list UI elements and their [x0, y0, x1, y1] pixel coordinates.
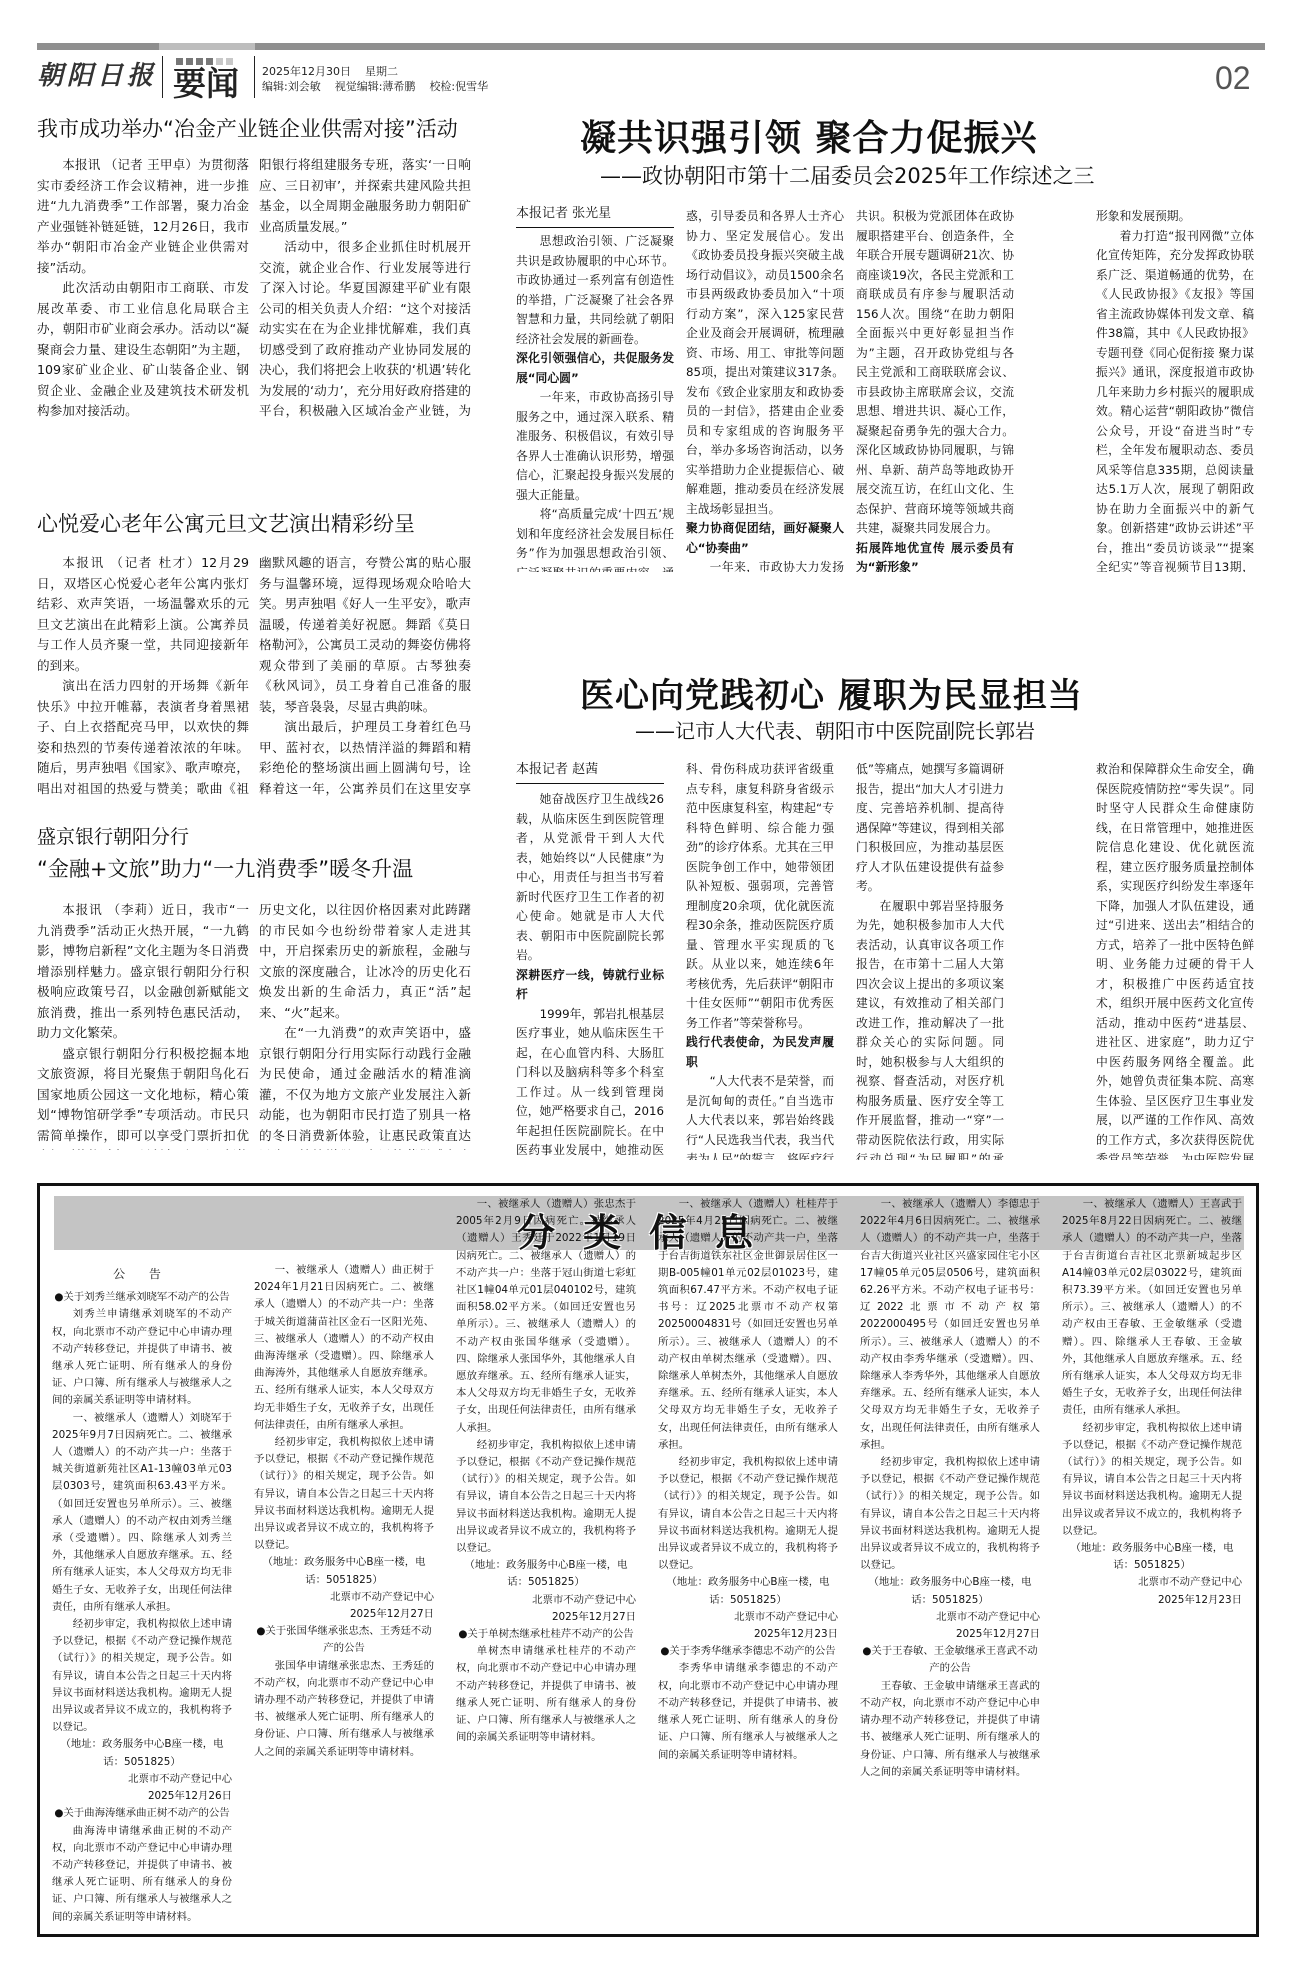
notice-issuer: 北票市不动产登记中心 — [1062, 1574, 1242, 1591]
article-cppcc-col3: 共识。积极为党派团体在政协履职搭建平台、创造条件，全年联合开展专题调研21次、协… — [856, 207, 1014, 572]
paragraph: 形象和发展预期。 — [1096, 207, 1254, 227]
paragraph: 她奋战医疗卫生战线26载，从临床医生到医院管理者，从党派骨干到人大代表，她始终以… — [516, 790, 664, 966]
editor: 编辑:刘会敏 — [262, 80, 321, 93]
paragraph: 本报讯 （李莉）近日，我市“一九消费季”活动正火热开展，“一九鹤影，博物启新程”… — [37, 900, 249, 1044]
classifieds-col3: 一、被继承人（遗赠人）张忠杰于2005年2月9日因病死亡。被继承人（遗赠人）王秀… — [456, 1196, 636, 1927]
header-rule-accent — [159, 43, 255, 50]
paragraph: 惑，引导委员和各界人士齐心协力、坚定发展信心。发出《政协委员投身振兴突破主战场行… — [686, 207, 844, 519]
notice-paragraph: 一、被继承人（遗赠人）李德忠于2022年4月6日因病死亡。二、被继承人（遗赠人）… — [860, 1196, 1040, 1454]
paragraph: 科、骨伤科成功获评省级重点专科，康复科跻身省级示范中医康复科室，构建起“专科特色… — [686, 760, 834, 1033]
notice-heading: 公 告 — [52, 1266, 232, 1283]
article-cppcc-col2: 惑，引导委员和各界人士齐心协力、坚定发展信心。发出《政协委员投身振兴突破主战场行… — [686, 207, 844, 572]
headline-shengjing-line2: “金融+文旅”助力“一九消费季”暖冬升温 — [37, 853, 413, 883]
section-name: 要闻 — [173, 67, 239, 101]
article-metallurgy-col1: 本报讯 （记者 王甲卓）为贯彻落实市委经济工作会议精神，进一步推进“九九消费季”… — [37, 155, 249, 420]
notice-paragraph: 一、被继承人（遗赠人）刘晓军于2025年9月7日因病死亡。二、被继承人（遗赠人）… — [52, 1410, 232, 1616]
notice-paragraph: 一、被继承人（遗赠人）杜桂芹于2025年4月25日因病死亡。二、被继承人（遗赠人… — [658, 1196, 838, 1454]
paragraph: 共识。积极为党派团体在政协履职搭建平台、创造条件，全年联合开展专题调研21次、协… — [856, 207, 1014, 539]
notice-paragraph: 经初步审定，我机构拟依上述申请予以登记，根据《不动产登记操作规范（试行）》的相关… — [456, 1437, 636, 1557]
headline-metallurgy: 我市成功举办“冶金产业链企业供需对接”活动 — [37, 113, 458, 143]
notice-paragraph: 曲海涛申请继承曲正树的不动产权，向北票市不动产登记中心申请办理不动产转移登记，并… — [52, 1823, 232, 1926]
subheading: 践行代表使命，为民发声履职 — [686, 1033, 834, 1072]
issue-meta: 2025年12月30日星期二 编辑:刘会敏视觉编辑:薄希鹏校检:倪雪华 — [262, 64, 502, 94]
notice-issuer: 北票市不动产登记中心 — [860, 1609, 1040, 1626]
notice-paragraph: 王春敏、王金敏申请继承王喜武的不动产权，向北票市不动产登记中心申请办理不动产转移… — [860, 1678, 1040, 1781]
paragraph: 历史文化，以往因价格因素对此踌躇的市民如今也纷纷带着家人走进其中，开启探索历史的… — [259, 900, 471, 1023]
notice-title: ●关于曲海涛继承曲正树不动产的公告 — [52, 1805, 232, 1822]
classifieds-col5: 一、被继承人（遗赠人）李德忠于2022年4月6日因病死亡。二、被继承人（遗赠人）… — [860, 1196, 1040, 1927]
notice-address: （地址：政务服务中心B座一楼，电话：5051825） — [254, 1554, 434, 1588]
issue-weekday: 星期二 — [365, 65, 398, 78]
article-shengjing-col2: 历史文化，以往因价格因素对此踌躇的市民如今也纷纷带着家人走进其中，开启探索历史的… — [259, 900, 471, 1150]
paragraph: 活动中，很多企业抓住时机展开交流，就企业合作、行业发展等进行了深入讨论。华夏国源… — [259, 237, 471, 420]
article-cppcc-col1: 思想政治引领、广泛凝聚共识是政协履职的中心环节。市政协通过一系列富有创造性的举措… — [516, 232, 674, 572]
paragraph: 低”等痛点，她撰写多篇调研报告，提出“加大人才引进力度、完善培养机制、提高待遇保… — [856, 760, 1004, 897]
notice-date: 2025年12月27日 — [860, 1626, 1040, 1643]
issue-date: 2025年12月30日 — [262, 65, 351, 78]
visual-editor: 视觉编辑:薄希鹏 — [335, 80, 416, 93]
notice-issuer: 北票市不动产登记中心 — [456, 1592, 636, 1609]
article-elderly-col1: 本报讯 （记者 杜才）12月29日，双塔区心悦爱心老年公寓内张灯结彩、欢声笑语，… — [37, 553, 249, 798]
notice-issuer: 北票市不动产登记中心 — [254, 1589, 434, 1606]
paragraph: 本报讯 （记者 杜才）12月29日，双塔区心悦爱心老年公寓内张灯结彩、欢声笑语，… — [37, 553, 249, 676]
paragraph: 将“高质量完成‘十四五’规划和年度经济社会发展目标任务”作为加强思想政治引领、广… — [516, 505, 674, 572]
classifieds-col2: 一、被继承人（遗赠人）曲正树于2024年1月21日因病死亡。二、被继承人（遗赠人… — [254, 1262, 434, 1927]
paragraph: 思想政治引领、广泛凝聚共识是政协履职的中心环节。市政协通过一系列富有创造性的举措… — [516, 232, 674, 349]
notice-date: 2025年12月27日 — [254, 1606, 434, 1623]
byline-doctor: 本报记者 赵茜 — [516, 758, 664, 784]
article-metallurgy-col2: 阳银行将组建服务专班，落实‘一日响应、三日初审’，并探索共建风险共担基金，以全周… — [259, 155, 471, 420]
subheadline-doctor: ——记市人大代表、朝阳市中医院副院长郭岩 — [635, 715, 1035, 744]
article-shengjing-col1: 本报讯 （李莉）近日，我市“一九消费季”活动正火热开展，“一九鹤影，博物启新程”… — [37, 900, 249, 1150]
notice-address: （地址：政务服务中心B座一楼，电话：5051825） — [860, 1574, 1040, 1608]
notice-date: 2025年12月27日 — [456, 1609, 636, 1626]
notice-title: ●关于张国华继承张忠杰、王秀廷不动产的公告 — [254, 1623, 434, 1657]
paragraph: 在履职中郭岩坚持服务为先，她积极参加市人大代表活动，认真审议各项工作报告，在市第… — [856, 897, 1004, 1161]
paragraph: 盛京银行朝阳分行积极挖掘本地文旅资源，将目光聚焦于朝阳鸟化石国家地质公园这一文化… — [37, 1044, 249, 1151]
notice-issuer: 北票市不动产登记中心 — [658, 1609, 838, 1626]
subheading: 深耕医疗一线，铸就行业标杆 — [516, 966, 664, 1005]
notice-paragraph: 经初步审定，我机构拟依上述申请予以登记，根据《不动产登记操作规范（试行）》的相关… — [1062, 1420, 1242, 1540]
paragraph: 演出最后，护理员工身着红色马甲、蓝衬衣，以热情洋溢的舞蹈和精彩绝伦的整场演出画上… — [259, 717, 471, 798]
headline-doctor: 医心向党践初心 履职为民显担当 — [580, 668, 1083, 717]
notice-title: ●关于单树杰继承杜桂芹不动产的公告 — [456, 1626, 636, 1643]
notice-paragraph: 一、被继承人（遗赠人）曲正树于2024年1月21日因病死亡。二、被继承人（遗赠人… — [254, 1262, 434, 1434]
paragraph: 演出在活力四射的开场舞《新年快乐》中拉开帷幕，表演者身着黑裙子、白上衣搭配亮马甲… — [37, 676, 249, 798]
notice-paragraph: 一、被继承人（遗赠人）张忠杰于2005年2月9日因病死亡。被继承人（遗赠人）王秀… — [456, 1196, 636, 1437]
notice-paragraph: 经初步审定，我机构拟依上述申请予以登记，根据《不动产登记操作规范（试行）》的相关… — [254, 1434, 434, 1554]
classifieds-col6: 一、被继承人（遗赠人）王喜武于2025年8月22日因病死亡。二、被继承人（遗赠人… — [1062, 1196, 1242, 1927]
paragraph: 救治和保障群众生命安全，确保医院疫情防控“零失误”。同时坚守人民群众生命健康防线… — [1096, 760, 1254, 1160]
notice-date: 2025年12月23日 — [1062, 1592, 1242, 1609]
article-elderly-col2: 幽默风趣的语言，夸赞公寓的贴心服务与温馨环境，逗得现场观众哈哈大笑。男声独唱《好… — [259, 553, 471, 798]
proofreader: 校检:倪雪华 — [429, 80, 488, 93]
masthead-logo: 朝阳日报 — [37, 56, 161, 96]
header-divider — [162, 56, 163, 98]
notice-date: 2025年12月26日 — [52, 1788, 232, 1805]
notice-paragraph: 一、被继承人（遗赠人）王喜武于2025年8月22日因病死亡。二、被继承人（遗赠人… — [1062, 1196, 1242, 1420]
paragraph: 阳银行将组建服务专班，落实‘一日响应、三日初审’，并探索共建风险共担基金，以全周… — [259, 155, 471, 237]
headline-elderly: 心悦爱心老年公寓元旦文艺演出精彩纷呈 — [37, 508, 415, 538]
paragraph: “人大代表不是荣誉，而是沉甸甸的责任。”自当选市人大代表以来，郭岩始终践行“人民… — [686, 1072, 834, 1160]
notice-paragraph: 单树杰申请继承杜桂芹的不动产权，向北票市不动产登记中心申请办理不动产转移登记，并… — [456, 1643, 636, 1746]
notice-address: （地址：政务服务中心B座一楼，电话：5051825） — [52, 1736, 232, 1770]
subheading: 拓展阵地优宣传 展示委员有为“新形象” — [856, 539, 1014, 573]
paragraph: 一年来，市政协大力发扬协商民主、合作共事的优良传统，深化与各民主党派、工商联和无… — [686, 558, 844, 572]
paragraph: 本报讯 （记者 王甲卓）为贯彻落实市委经济工作会议精神，进一步推进“九九消费季”… — [37, 155, 249, 278]
article-doctor-col2: 科、骨伤科成功获评省级重点专科，康复科跻身省级示范中医康复科室，构建起“专科特色… — [686, 760, 834, 1160]
page-number: 02 — [1215, 60, 1251, 97]
headline-cppcc: 凝共识强引领 聚合力促振兴 — [580, 110, 1038, 161]
notice-address: （地址：政务服务中心B座一楼，电话：5051825） — [456, 1557, 636, 1591]
paragraph: 1999年，郭岩扎根基层医疗事业，她从临床医生干起，在心血管内科、大肠肛门科以及… — [516, 1005, 664, 1161]
byline-cppcc: 本报记者 张光星 — [516, 202, 674, 228]
notice-issuer: 北票市不动产登记中心 — [52, 1771, 232, 1788]
subheadline-cppcc: ——政协朝阳市第十二届委员会2025年工作综述之三 — [600, 160, 1094, 190]
notice-title: ●关于刘秀兰继承刘晓军不动产的公告 — [52, 1289, 232, 1306]
notice-paragraph: 李秀华申请继承李德忠的不动产权，向北票市不动产登记中心申请办理不动产转移登记，并… — [658, 1660, 838, 1763]
paragraph: 幽默风趣的语言，夸赞公寓的贴心服务与温馨环境，逗得现场观众哈哈大笑。男声独唱《好… — [259, 553, 471, 717]
notice-address: （地址：政务服务中心B座一楼，电话：5051825） — [1062, 1540, 1242, 1574]
article-doctor-col3: 低”等痛点，她撰写多篇调研报告，提出“加大人才引进力度、完善培养机制、提高待遇保… — [856, 760, 1004, 1160]
notice-address: （地址：政务服务中心B座一楼，电话：5051825） — [658, 1574, 838, 1608]
notice-paragraph: 张国华申请继承张忠杰、王秀廷的不动产权，向北票市不动产登记中心申请办理不动产转移… — [254, 1658, 434, 1761]
header-divider — [254, 56, 255, 98]
classifieds-col4: 一、被继承人（遗赠人）杜桂芹于2025年4月25日因病死亡。二、被继承人（遗赠人… — [658, 1196, 838, 1927]
paragraph: 此次活动由朝阳市工商联、市发展改革委、市工业信息化局联合主办，朝阳市矿业商会承办… — [37, 278, 249, 420]
notice-paragraph: 经初步审定，我机构拟依上述申请予以登记，根据《不动产登记操作规范（试行）》的相关… — [658, 1454, 838, 1574]
notice-paragraph: 经初步审定，我机构拟依上述申请予以登记，根据《不动产登记操作规范（试行）》的相关… — [860, 1454, 1040, 1574]
article-doctor-col4: 救治和保障群众生命安全，确保医院疫情防控“零失误”。同时坚守人民群众生命健康防线… — [1096, 760, 1254, 1160]
subheading: 聚力协商促团结，画好凝聚人心“协奏曲” — [686, 519, 844, 558]
header-rule — [37, 43, 1265, 50]
article-doctor-col1: 她奋战医疗卫生战线26载，从临床医生到医院管理者，从党派骨干到人大代表，她始终以… — [516, 790, 664, 1160]
notice-title: ●关于李秀华继承李德忠不动产的公告 — [658, 1643, 838, 1660]
paragraph: 着力打造“报刊网微”立体化宣传矩阵，充分发挥政协联系广泛、渠道畅通的优势，在《人… — [1096, 227, 1254, 573]
paragraph: 在“一九消费”的欢声笑语中，盛京银行朝阳分行用实际行动践行金融为民使命，通过金融… — [259, 1023, 471, 1150]
headline-shengjing-line1: 盛京银行朝阳分行 — [37, 822, 189, 849]
notice-paragraph: 经初步审定，我机构拟依上述申请予以登记，根据《不动产登记操作规范（试行）》的相关… — [52, 1616, 232, 1736]
classifieds-col1: 公 告 ●关于刘秀兰继承刘晓军不动产的公告 刘秀兰申请继承刘晓军的不动产权，向北… — [52, 1262, 232, 1927]
subheading: 深化引领强信心，共促服务发展“同心圆” — [516, 349, 674, 388]
notice-date: 2025年12月23日 — [658, 1626, 838, 1643]
paragraph: 一年来，市政协高扬引导服务之中，通过深入联系、精准服务、积极倡议，有效引导各界人… — [516, 388, 674, 505]
notice-paragraph: 刘秀兰申请继承刘晓军的不动产权，向北票市不动产登记中心申请办理不动产转移登记，并… — [52, 1306, 232, 1409]
notice-title: ●关于王春敏、王金敏继承王喜武不动产的公告 — [860, 1643, 1040, 1677]
article-cppcc-col4: 形象和发展预期。 着力打造“报刊网微”立体化宣传矩阵，充分发挥政协联系广泛、渠道… — [1096, 207, 1254, 572]
